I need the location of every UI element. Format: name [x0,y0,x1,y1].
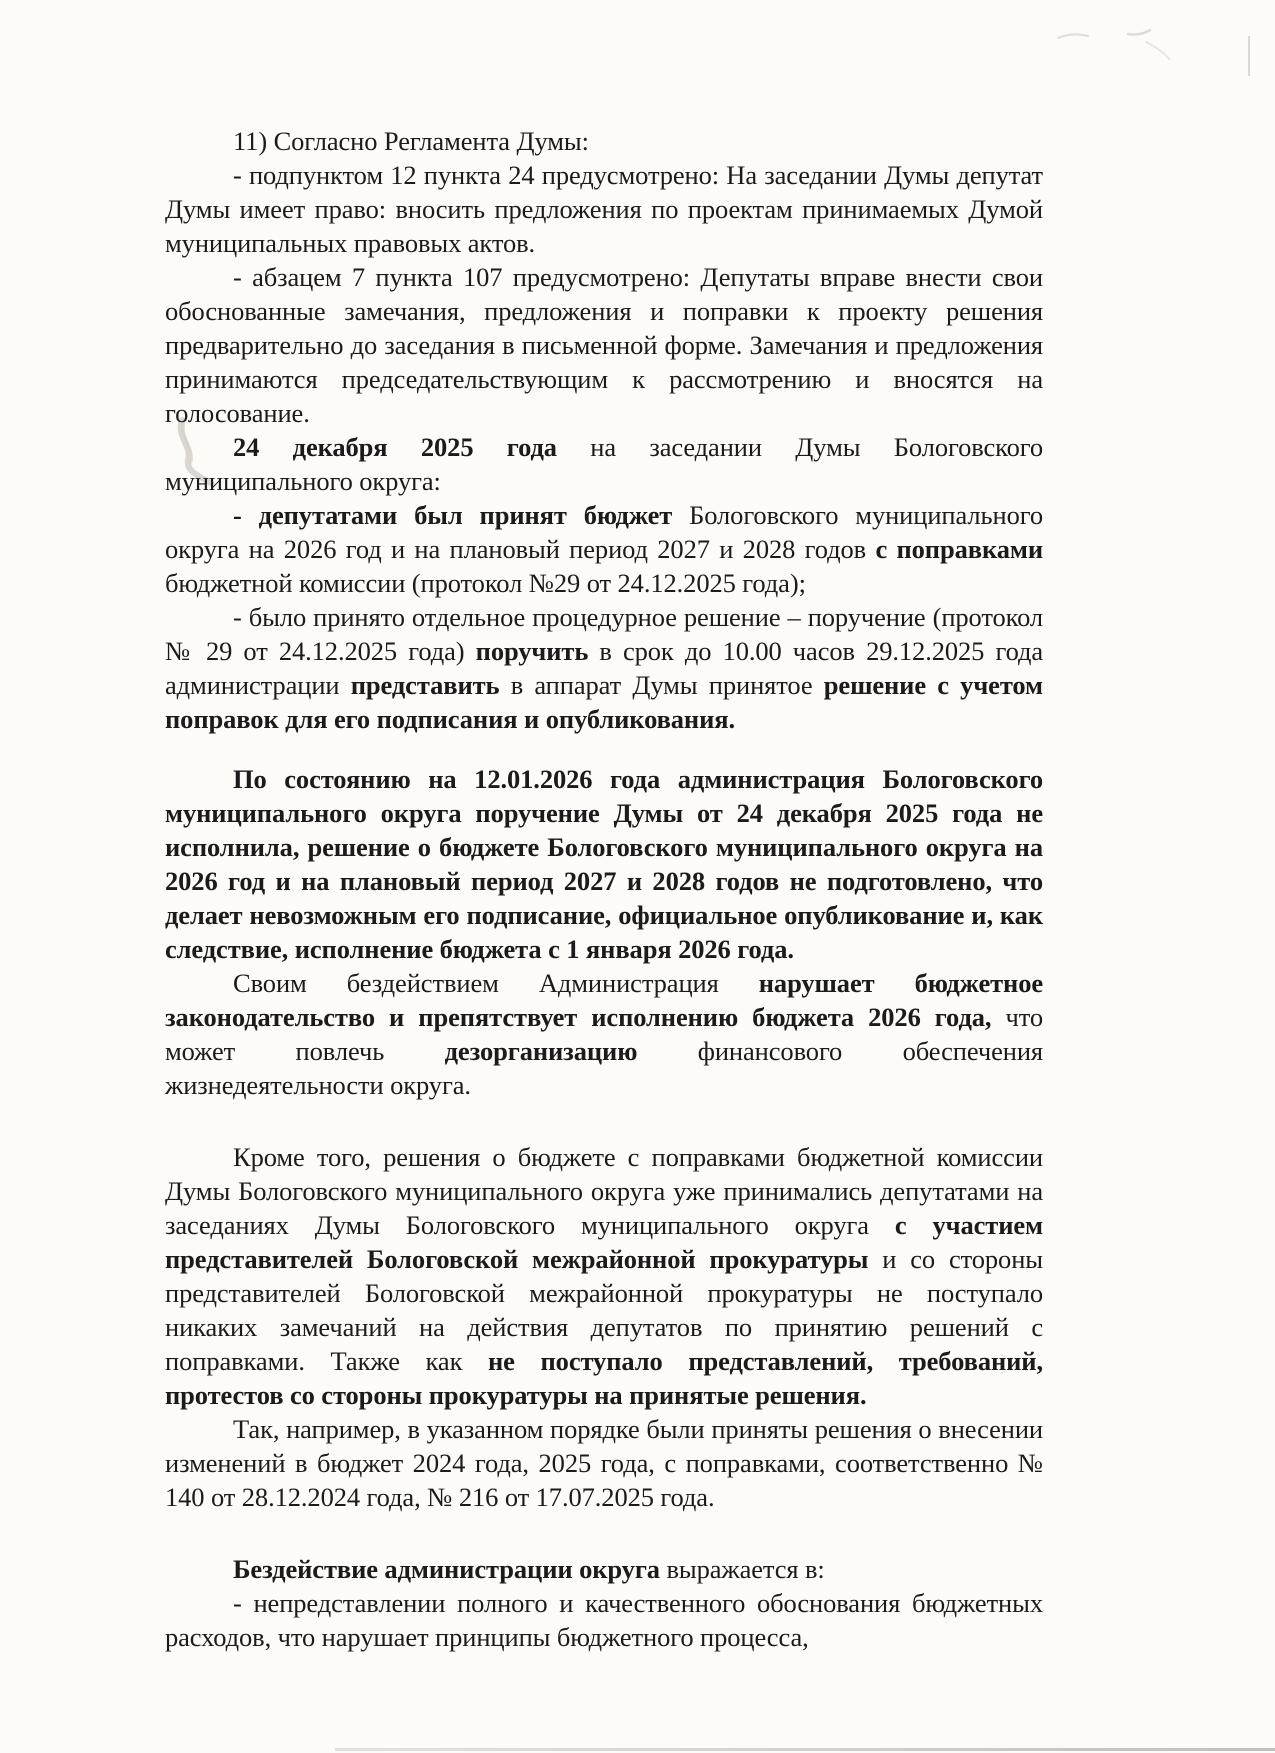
paragraph-p11: Бездействие администрации округа выражае… [165,1552,1043,1586]
text-run: бюджетной комиссии (протокол №29 от 24.1… [165,568,806,598]
paragraph-p9: Кроме того, решения о бюджете с поправка… [165,1140,1043,1412]
paragraph-p8: Своим бездействием Администрация нарушае… [165,966,1043,1102]
bold-text-run: 24 декабря 2025 года [233,432,557,462]
paragraph-p2: - подпунктом 12 пункта 24 предусмотрено:… [165,158,1043,260]
text-run: - непредставлении полного и качественног… [165,1588,1043,1652]
text-run: выражается в: [660,1554,825,1584]
paragraph-p7: По состоянию на 12.01.2026 года админист… [165,762,1043,966]
scanned-document-page: 11) Согласно Регламента Думы:- подпункто… [0,0,1275,1753]
text-run: в аппарат Думы принятое [499,670,823,700]
bold-text-run: представить [351,670,500,700]
bold-text-run: По состоянию на 12.01.2026 года админист… [165,764,1043,964]
text-run: - абзацем 7 пункта 107 предусмотрено: Де… [165,262,1043,428]
text-run: Так, например, в указанном порядке были … [165,1414,1043,1512]
text-run: 11) Согласно Регламента Думы: [233,126,589,156]
bold-text-run: Бездействие администрации округа [233,1554,660,1584]
bold-text-run: дезорганизацию [445,1036,638,1066]
paragraph-p6: - было принято отдельное процедурное реш… [165,600,1043,736]
paragraph-p10: Так, например, в указанном порядке были … [165,1412,1043,1514]
scan-bottom-edge-artifact [335,1748,1275,1751]
bold-text-run: - депутатами был принят бюджет [233,500,672,530]
paragraph-p1: 11) Согласно Регламента Думы: [165,124,1043,158]
scan-edge-speck-artifact [1248,36,1250,76]
bold-text-run: поручить [476,636,589,666]
paragraph-p12: - непредставлении полного и качественног… [165,1586,1043,1654]
paragraph-p5: - депутатами был принят бюджет Бологовск… [165,498,1043,600]
scan-smudge-artifact [1050,20,1180,60]
document-body: 11) Согласно Регламента Думы:- подпункто… [165,124,1043,1654]
text-run: Своим бездействием Администрация [233,968,759,998]
text-run: - подпунктом 12 пункта 24 предусмотрено:… [165,160,1043,258]
bold-text-run: с поправками [875,534,1043,564]
paragraph-p4: 24 декабря 2025 года на заседании Думы Б… [165,430,1043,498]
paragraph-p3: - абзацем 7 пункта 107 предусмотрено: Де… [165,260,1043,430]
